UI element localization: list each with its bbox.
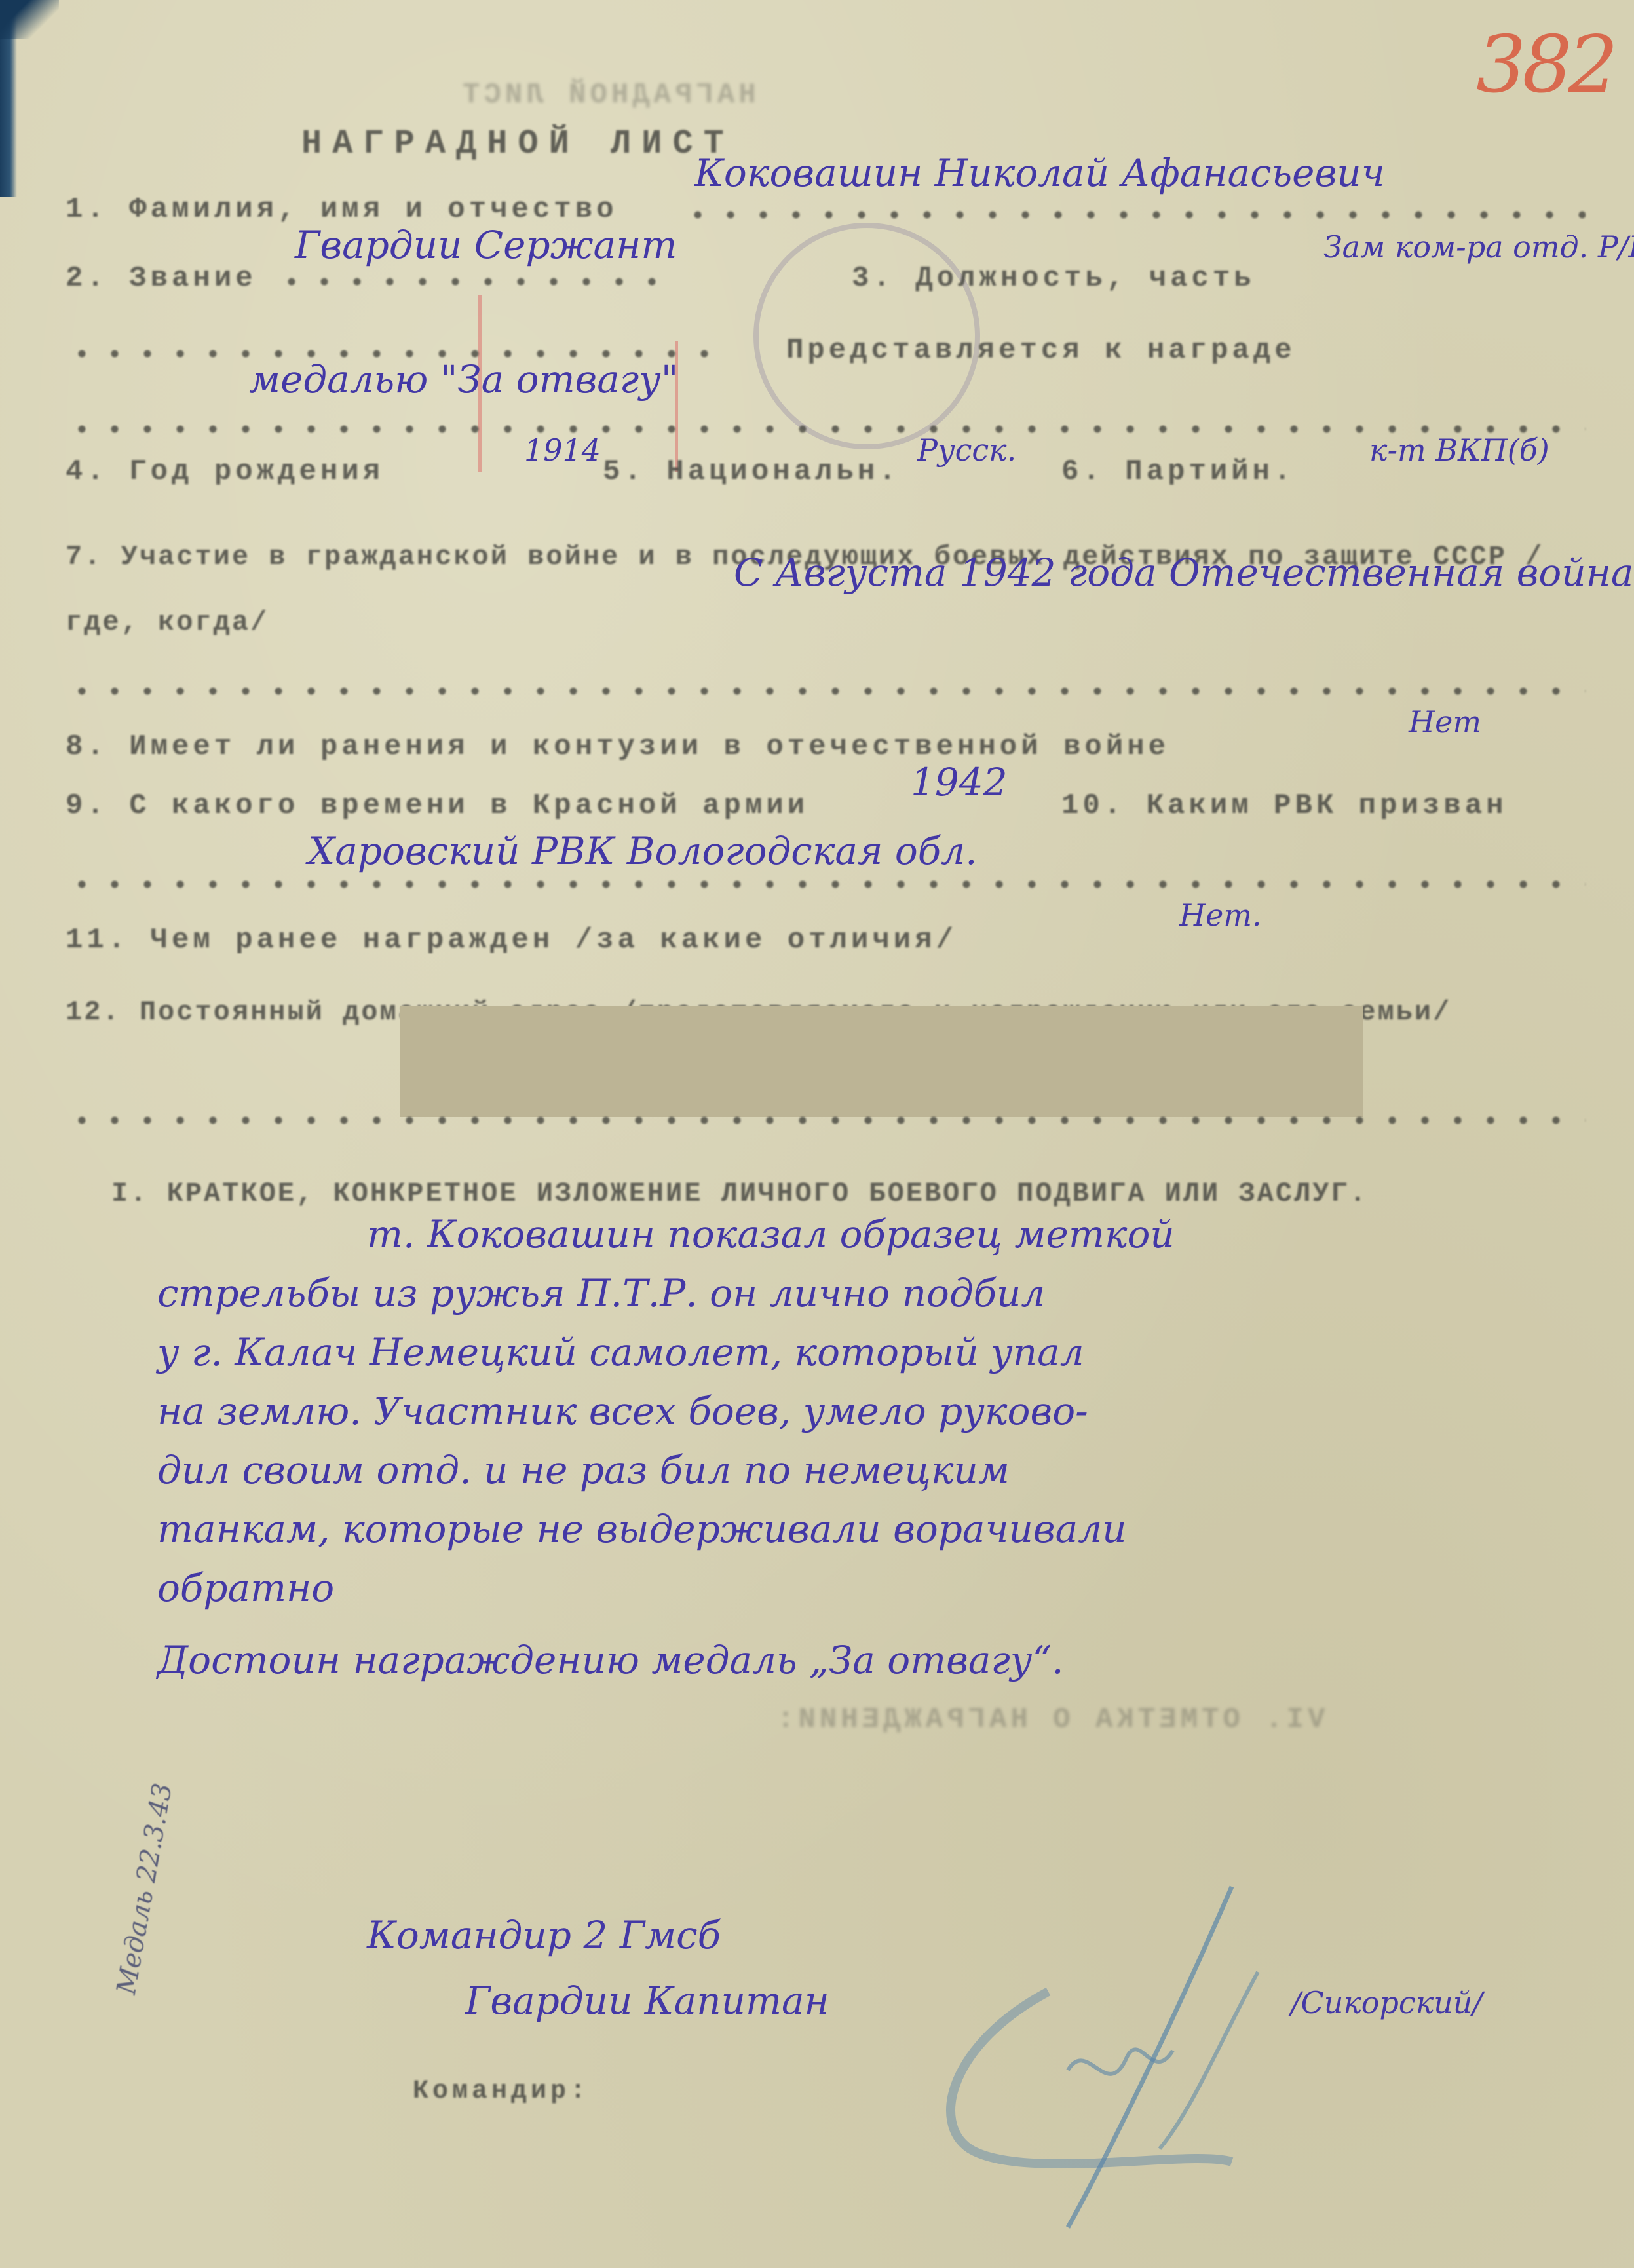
folio-number: 382: [1476, 20, 1614, 111]
signature-rank: Гвардии Капитан: [465, 1978, 829, 2023]
margin-note: Медаль 22.3.43: [111, 1781, 178, 1996]
field-label-award: Представляется к награде: [786, 334, 1296, 367]
field-label-party: 6. Партийн.: [1061, 455, 1295, 488]
dotted-line: [275, 275, 668, 288]
field-label-birth-year: 4. Год рождения: [66, 455, 384, 488]
section-heading: I. КРАТКОЕ, КОНКРЕТНОЕ ИЗЛОЖЕНИЕ ЛИЧНОГО…: [111, 1173, 1520, 1215]
field-label-name: 1. Фамилия, имя и отчество: [66, 193, 618, 226]
typed-footer: Командир:: [413, 2077, 590, 2106]
redacted-address: [400, 1006, 1363, 1117]
dotted-line: [66, 685, 1586, 698]
field-value-position: Зам ком-ра отд. Р/ПТР 2 Гмсб: [1323, 229, 1634, 265]
field-value-rank: Гвардии Сержант: [295, 223, 677, 267]
field-value-nationality: Русск.: [917, 432, 1016, 468]
signature-scrawl: [852, 1874, 1310, 2240]
signature-name: /Сикорский/: [1291, 1985, 1483, 2020]
dotted-line: [681, 208, 1586, 221]
narrative-line: у г. Калач Немецкий самолет, который упа…: [157, 1330, 1084, 1374]
field-value-party: к-т ВКП(б): [1369, 432, 1549, 468]
ghost-header: НАГРАДНОЙ ЛИСТ: [459, 79, 756, 111]
field-value-army-since: 1942: [911, 760, 1008, 804]
field-value-birth-year: 1914: [524, 432, 601, 468]
field-label-position: 3. Должность, часть: [852, 262, 1255, 295]
narrative-line: т. Коковашин показал образец меткой: [367, 1212, 1175, 1257]
signature-title: Командир 2 Гмсб: [367, 1913, 721, 1957]
field-label-rank: 2. Звание: [66, 262, 257, 295]
conclusion-line: Достоин награждению медаль „За отвагу“.: [157, 1638, 1064, 1682]
narrative-line: на землю. Участник всех боев, умело руко…: [157, 1389, 1088, 1433]
field-label-army-since: 9. С какого времени в Красной армии: [66, 789, 808, 822]
field-value-combat: С Августа 1942 года Отечественная война: [734, 550, 1633, 595]
dotted-line: [66, 423, 1586, 436]
field-value-award: медалью "За отвагу": [249, 357, 678, 402]
field-label-wounds: 8. Имеет ли ранения и контузии в отечест…: [66, 730, 1169, 763]
dotted-line: [66, 1114, 1586, 1127]
narrative-line: танкам, которые не выдерживали ворачивал…: [157, 1507, 1127, 1551]
page-title: НАГРАДНОЙ ЛИСТ: [301, 124, 734, 163]
field-label-previous-awards: 11. Чем ранее награжден /за какие отличи…: [66, 924, 957, 956]
field-value-rvk: Харовский РВК Вологодская обл.: [308, 829, 978, 873]
field-label-rvk: 10. Каким РВК призван: [1061, 789, 1508, 822]
narrative-line: дил своим отд. и не раз бил по немецким: [157, 1448, 1010, 1492]
binder-corner: [0, 0, 59, 39]
narrative-line: обратно: [157, 1566, 334, 1610]
narrative-line: стрельбы из ружья П.Т.Р. он лично подбил: [157, 1271, 1045, 1315]
field-value-name: Коковашин Николай Афанасьевич: [694, 151, 1385, 195]
field-value-wounds: Нет: [1409, 704, 1481, 740]
dotted-line: [66, 878, 1586, 891]
field-value-previous-awards: Нет.: [1179, 898, 1262, 933]
field-label-nationality: 5. Национальн.: [603, 455, 900, 488]
ghost-footer: VI. ОТМЕТКА О НАГРАЖДЕНИИ:: [773, 1703, 1325, 1736]
